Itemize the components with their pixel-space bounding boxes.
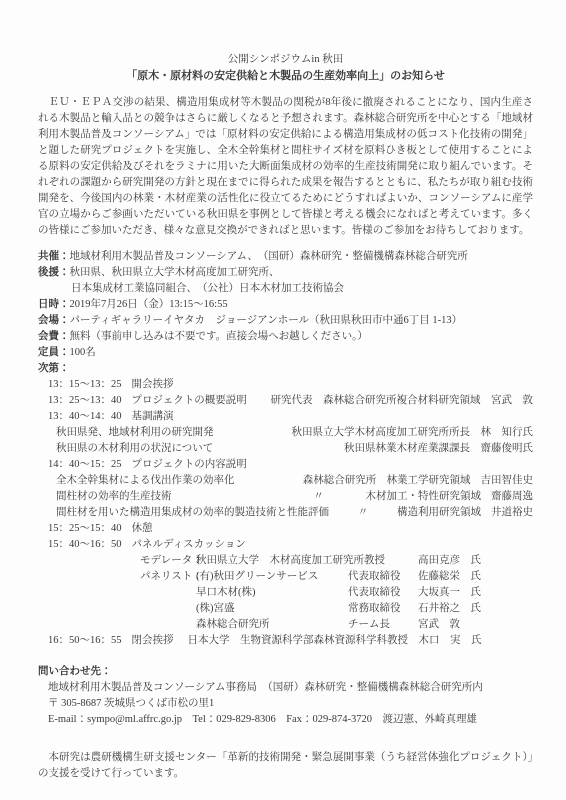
content-speaker: 吉田智佳史 [481,473,534,489]
page-subtitle: 「原木・原材料の安定供給と木製品の生産効率向上」のお知らせ [38,68,533,85]
panel-org: (有)秋田グリーンサービス [196,569,342,585]
info-label: 日時： [38,297,70,313]
schedule-row-opening: 13：15～13：25 開会挨拶 [38,377,533,393]
schedule-row-keynote: 13：40～14：40 基調講演 [38,409,533,425]
info-value: パーティギャラリーイヤタカ ジョージアンホール（秋田県秋田市中通6丁目 1-13… [70,313,463,329]
session-title: プロジェクトの概要説明 [132,393,247,409]
info-label: 会場： [38,313,70,329]
panel-member: パネリスト： (有)秋田グリーンサービス 代表取締役 佐藤総栄 氏 [38,569,533,585]
content-org: 〃 [337,505,389,521]
contact-office: 地域材利用木製品普及コンソーシアム事務局 （国研）森林研究・整備機構森林総合研究… [38,680,533,696]
session-title: パネルディスカッション [132,537,246,553]
session-time: 13：15～13：25 [48,377,122,393]
schedule-row-contents: 14：40～15：25 プロジェクトの内容説明 [38,457,533,473]
panel-org: 秋田県立大学 木材高度加工研究所教授 [196,553,342,569]
content-title: 間柱材を用いた構造用集成材の効率的製造技術と性能評価 [56,505,329,521]
panel-org: (株)宮盛 [196,601,342,617]
info-value: 100名 [70,345,96,361]
info-value: 秋田県、秋田県立大学木材高度加工研究所、 [70,265,280,281]
info-row-fee: 会費： 無料（事前申し込みは不要です。直接会場へお越しください。） [38,329,533,345]
session-time: 16：50～16：55 [48,633,122,649]
contact-email-tel-fax: E-mail：sympo@ml.affrc.go.jp Tel：029-829-… [38,712,533,728]
panel-member: モデレータ： 秋田県立大学 木材高度加工研究所教授 高田克彦 氏 [38,553,533,569]
event-info-section: 共催： 地域材利用木製品普及コンソーシアム、 （国研）森林研究・整備機構森林総合… [38,249,533,377]
panel-title [348,553,412,569]
panel-title: 代表取締役 [348,585,412,601]
content-speaker: 齋藤周逸 [491,489,533,505]
session-time: 14：40～15：25 [48,457,122,473]
info-label: 共催： [38,249,70,265]
session-title: プロジェクトの内容説明 [132,457,247,473]
contact-address: 〒 305-8687 茨城県つくば市松の里1 [38,696,533,712]
info-label: 会費： [38,329,70,345]
session-title: 基調講演 [132,409,174,425]
content-org: 〃 [280,489,358,505]
session-title: 休憩 [132,521,153,537]
schedule-row-panel: 15：40～16：50 パネルディスカッション [38,537,533,553]
contact-section: 問い合わせ先： 地域材利用木製品普及コンソーシアム事務局 （国研）森林研究・整備… [38,664,533,728]
panel-name: 大坂真一 氏 [418,585,481,601]
content-org: 森林総合研究所 [301,473,379,489]
panel-role-label [140,617,196,633]
keynote-item: 秋田県の木材利用の状況について 秋田県林業木材産業課課長 齋藤俊明氏 [38,441,533,457]
info-value: 無料（事前申し込みは不要です。直接会場へお越しください。） [70,329,368,345]
intro-paragraph: ＥＵ・ＥＰＡ交渉の結果、構造用集成材等木製品の関税が8年後に撤廃されることになり… [38,95,533,239]
session-time: 15：25～15：40 [48,521,122,537]
program-schedule: 13：15～13：25 開会挨拶 13：25～13：40 プロジェクトの概要説明… [38,377,533,649]
panel-name: 宮武 敦 [418,617,460,633]
info-label: 後援： [38,265,70,281]
content-item: 間柱材の効率的生産技術 〃 木材加工・特性研究領域 齋藤周逸 [38,489,533,505]
panel-title: 代表取締役 [348,569,412,585]
document-page: 公開シンポジウムin 秋田 「原木・原材料の安定供給と木製品の生産効率向上」のお… [0,0,566,800]
content-item: 間柱材を用いた構造用集成材の効率的製造技術と性能評価 〃 構造利用研究領域 井道… [38,505,533,521]
info-label: 定員： [38,345,70,361]
panel-member: (株)宮盛 常務取締役 石井裕之 氏 [38,601,533,617]
panel-name: 石井裕之 氏 [418,601,481,617]
info-value: 地域材利用木製品普及コンソーシアム、 （国研）森林研究・整備機構森林総合研究所 [70,249,468,265]
keynote-speaker: 秋田県立大学木材高度加工研究所所長 林 知行氏 [292,425,534,441]
panel-org: 早口木材(株) [196,585,342,601]
panel-role-label: モデレータ： [140,553,196,569]
keynote-item: 秋田県発、地域材利用の研究開発 秋田県立大学木材高度加工研究所所長 林 知行氏 [38,425,533,441]
panel-title: 常務取締役 [348,601,412,617]
content-title: 全木全幹集材による伐出作業の効率化 [56,473,293,489]
panel-member: 早口木材(株) 代表取締役 大坂真一 氏 [38,585,533,601]
panel-member: 森林総合研究所 チーム長 宮武 敦 [38,617,533,633]
session-title: 開会挨拶 [132,377,174,393]
session-speaker: 研究代表 森林総合研究所複合材料研究領域 宮武 敦 [271,393,534,409]
page-title: 公開シンポジウムin 秋田 [38,52,533,68]
panel-role-label: パネリスト： [140,569,196,585]
content-field: 木材加工・特性研究領域 [366,489,482,505]
session-speaker: 日本大学 生物資源科学部森林資源科学科教授 木口 実 氏 [188,633,482,649]
info-row-venue: 会場： パーティギャラリーイヤタカ ジョージアンホール（秋田県秋田市中通6丁目 … [38,313,533,329]
panel-name: 佐藤総栄 氏 [418,569,481,585]
content-title: 間柱材の効率的生産技術 [56,489,272,505]
schedule-row-overview: 13：25～13：40 プロジェクトの概要説明 研究代表 森林総合研究所複合材料… [38,393,533,409]
info-label: 次第： [38,361,70,377]
keynote-title: 秋田県の木材利用の状況について [56,441,213,457]
keynote-speaker: 秋田県林業木材産業課課長 齋藤俊明氏 [344,441,533,457]
info-row-support-cont: 日本集成材工業協同組合、 （公社）日本木材加工技術協会 [38,281,533,297]
panel-title: チーム長 [348,617,412,633]
schedule-row-break: 15：25～15：40 休憩 [38,521,533,537]
panel-org: 森林総合研究所 [196,617,342,633]
keynote-title: 秋田県発、地域材利用の研究開発 [56,425,214,441]
schedule-row-closing: 16：50～16：55 閉会挨拶 日本大学 生物資源科学部森林資源科学科教授 木… [38,633,533,649]
panel-name: 高田克彦 氏 [418,553,481,569]
content-field: 構造利用研究領域 [397,505,481,521]
info-value: 2019年7月26日（金）13:15～16:55 [70,297,228,313]
content-item: 全木全幹集材による伐出作業の効率化 森林総合研究所 林業工学研究領域 吉田智佳史 [38,473,533,489]
funding-note: 本研究は農研機構生研支援センター「革新的技術開発・緊急展開事業（うち経営体強化プ… [38,750,533,782]
session-time: 13：25～13：40 [48,393,122,409]
info-row-datetime: 日時： 2019年7月26日（金）13:15～16:55 [38,297,533,313]
content-field: 林業工学研究領域 [387,473,471,489]
content-speaker: 井道裕史 [491,505,533,521]
session-title: 閉会挨拶 [132,633,174,649]
info-row-program: 次第： [38,361,533,377]
contact-heading: 問い合わせ先： [38,664,533,680]
panel-role-label [140,585,196,601]
info-row-support: 後援： 秋田県、秋田県立大学木材高度加工研究所、 [38,265,533,281]
session-time: 13：40～14：40 [48,409,122,425]
info-row-cohost: 共催： 地域材利用木製品普及コンソーシアム、 （国研）森林研究・整備機構森林総合… [38,249,533,265]
info-row-capacity: 定員： 100名 [38,345,533,361]
session-time: 15：40～16：50 [48,537,122,553]
panel-role-label [140,601,196,617]
